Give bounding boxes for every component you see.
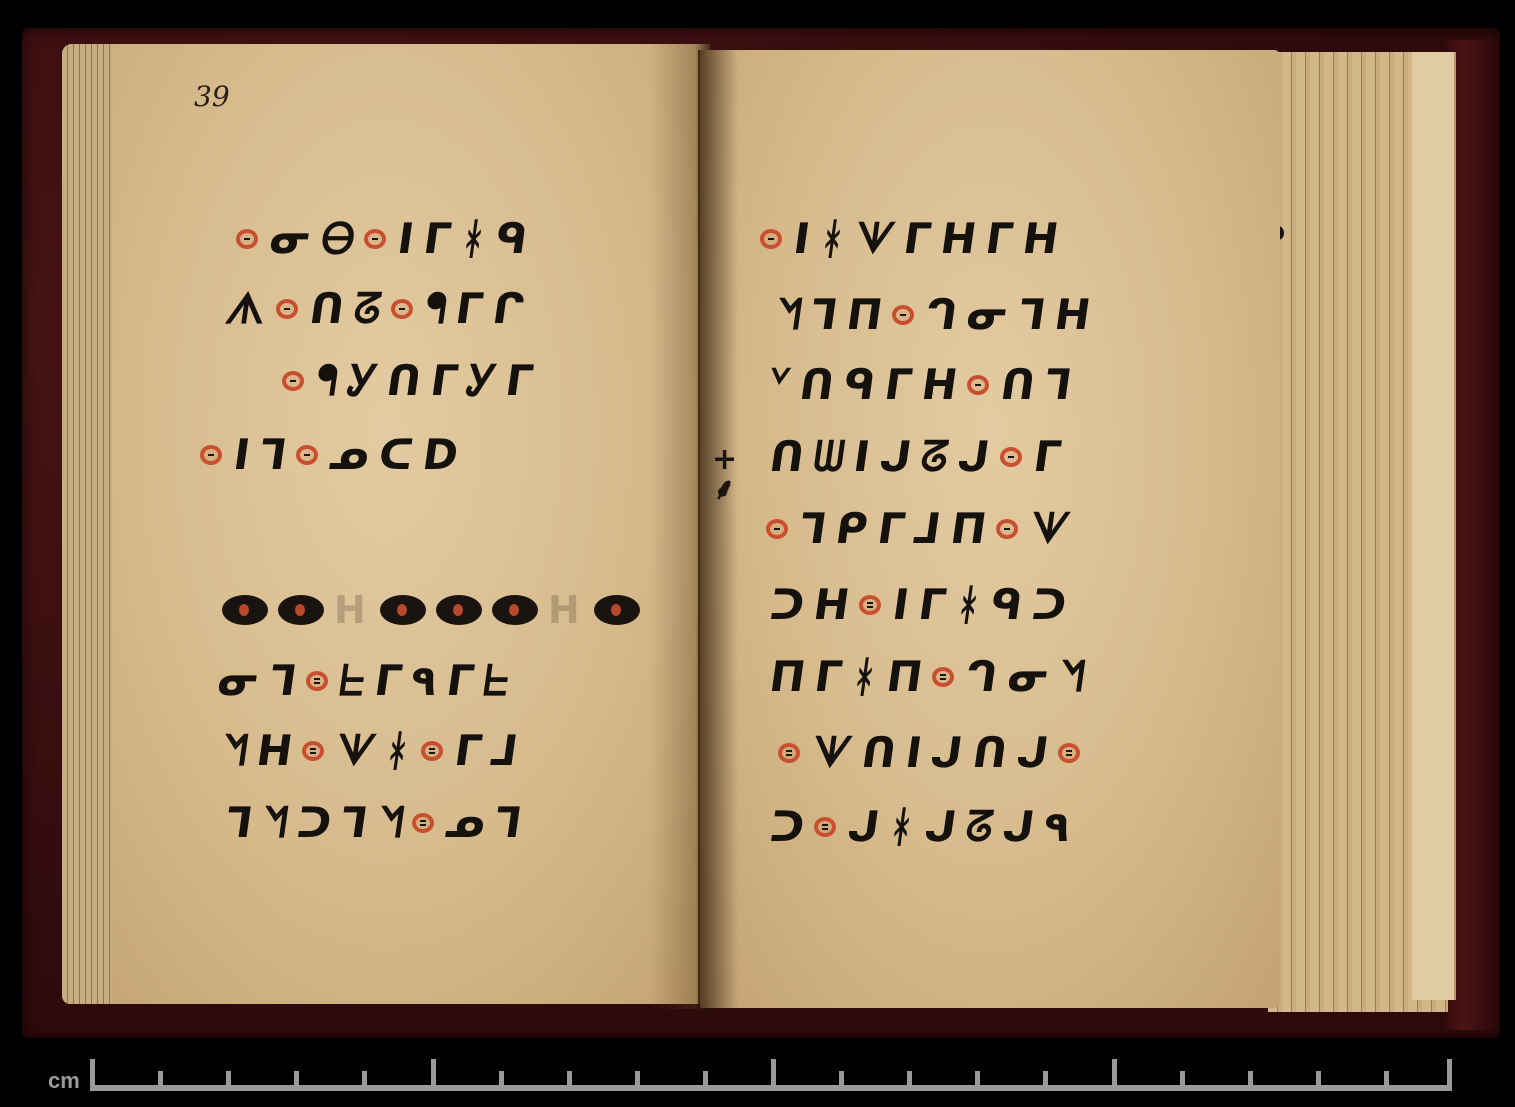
script-glyph: ꓲ [395,218,417,260]
script-glyph: ᑕ [376,434,416,476]
script-glyph: Ꭹ [465,360,500,402]
scale-minor-tick [362,1071,367,1087]
script-glyph: ᕼ [938,218,979,260]
script-glyph: Ꭹ [345,360,380,402]
faded-glyph: ᕼ [548,588,580,632]
script-glyph: Γ [916,584,949,626]
left-page [62,44,710,1004]
script-glyph: ᗐ [809,732,854,774]
script-glyph: Γ [372,660,405,702]
script-glyph: ᒉ [963,656,1000,698]
script-glyph: ᒧ [488,730,520,772]
rubric-double-ring-icon [778,743,800,763]
script-glyph: ᓄ [327,434,372,476]
scale-minor-tick [499,1071,504,1087]
script-glyph: ᒋ [490,288,527,330]
script-glyph: Π [767,656,808,698]
script-glyph: ᘁ [765,364,793,406]
script-glyph: ᑎ [998,364,1038,406]
rubric-ring-icon [391,299,413,319]
right-text-line: ΠΓᚼΠᒉᓂᖿ [770,656,1094,698]
script-glyph: ꓲ [791,218,813,260]
script-glyph: ᖿ [375,802,406,844]
script-glyph: ᑐ [1029,584,1069,626]
script-glyph: ᗑ [223,288,268,330]
right-text-line: ᑎᗯꓲᒍᘔᒍΓ [770,436,1070,478]
script-glyph: ᑎ [859,732,899,774]
script-glyph: ᖶ [481,660,512,702]
left-text-line: ᓂᒣᖶΓ٩Γᖶ [218,660,519,702]
left-text-line: ᖿᕼᗐᚼΓᒧ [222,730,528,772]
left-text-line: ꓲᒣᓄᑕD [200,434,468,476]
scale-unit-label: cm [48,1068,80,1094]
script-glyph: ᓂ [1005,656,1052,698]
script-glyph: ᑐ [294,802,334,844]
script-glyph: ᗐ [333,730,378,772]
script-glyph: Γ [421,218,454,260]
left-page-stack [62,44,112,1004]
script-glyph: ᒣ [267,660,299,702]
script-glyph: ᒣ [257,434,289,476]
scale-major-tick [1447,1059,1452,1087]
script-glyph: ᑎ [384,360,424,402]
script-glyph: ᑫ [988,584,1025,626]
script-glyph: ᑎ [767,436,807,478]
rubric-double-ring-icon [859,595,881,615]
script-glyph: ᒣ [797,508,829,550]
script-glyph: ꓲ [851,436,873,478]
scale-minor-tick [1043,1071,1048,1087]
script-glyph: ᓂ [964,294,1011,336]
scale-minor-tick [635,1071,640,1087]
script-glyph: ᒣ [808,294,840,336]
ink-blot-icon [492,595,538,625]
scale-minor-tick [226,1071,231,1087]
scale-major-tick [431,1059,436,1087]
scale-major-tick [90,1059,95,1087]
script-glyph: ᒣ [1016,294,1048,336]
script-glyph: ᒣ [1042,364,1074,406]
left-text-line: ᖳᎩᑎΓᎩΓ [282,360,543,402]
script-glyph: Γ [882,364,915,406]
script-glyph: ꓲ [231,434,253,476]
script-glyph: ᒍ [922,806,959,848]
script-glyph: ᚼ [849,656,880,698]
script-glyph: Π [948,508,989,550]
script-glyph: ᗐ [1027,508,1072,550]
scale-minor-tick [907,1071,912,1087]
script-glyph: ᒍ [928,732,965,774]
scale-major-tick [1112,1059,1117,1087]
script-glyph: Γ [812,656,845,698]
script-glyph: ᑎ [307,288,347,330]
script-glyph: ᚼ [817,218,848,260]
script-glyph: ᚼ [887,806,918,848]
rubric-ring-icon [892,305,914,325]
script-glyph: ᖿ [1056,656,1087,698]
script-glyph: ᓂ [215,660,262,702]
faded-glyph: ᕼ [334,588,366,632]
scale-minor-tick [158,1071,163,1087]
script-glyph: Γ [454,288,487,330]
script-glyph: ᘔ [918,436,951,478]
script-glyph: ᖳ [313,360,341,402]
rubric-ring-icon [996,519,1018,539]
script-glyph: ᚼ [953,584,984,626]
rubric-double-ring-icon [932,667,954,687]
script-glyph: ᑎ [797,364,837,406]
script-glyph: ᖶ [337,660,368,702]
ink-blot-icon [594,595,640,625]
script-glyph: ᓄ [443,802,488,844]
script-glyph: ᓂ [267,218,314,260]
script-glyph: ᚼ [458,218,489,260]
script-glyph: Γ [452,730,485,772]
script-glyph: Γ [983,218,1016,260]
script-glyph: ᗐ [852,218,897,260]
left-text-line: ᗑᑎᘔᖳΓᒋ [226,288,534,330]
script-glyph: ᖿ [219,730,250,772]
endleaf [1412,52,1456,1000]
script-glyph: Γ [503,360,536,402]
margin-mark: + ⸙ [712,445,736,505]
ink-blot-icon [436,595,482,625]
ink-blot-icon [380,595,426,625]
rubric-ring-icon [766,519,788,539]
script-glyph: Π [884,656,925,698]
script-glyph: ᖳ [422,288,450,330]
script-glyph: Γ [875,508,908,550]
scale-minor-tick [1248,1071,1253,1087]
script-glyph: ᑫ [841,364,878,406]
script-glyph: ᕼ [1020,218,1061,260]
left-text-line: ᕼᕼ [222,588,650,632]
script-glyph: Ꮎ [319,218,358,260]
ink-blot-icon [278,595,324,625]
script-glyph: ᒣ [223,802,255,844]
script-glyph: ᒣ [338,802,370,844]
script-glyph: ᖿ [259,802,290,844]
script-glyph: Γ [444,660,477,702]
script-glyph: Γ [1031,436,1064,478]
script-glyph: ᕼ [919,364,960,406]
right-text-line: ᒣᑭΓᒧΠᗐ [766,508,1079,550]
script-glyph: ᕼ [811,584,852,626]
script-glyph: Γ [901,218,934,260]
scale-minor-tick [1384,1071,1389,1087]
rubric-double-ring-icon [1058,743,1080,763]
rubric-ring-icon [364,229,386,249]
script-glyph: ᒍ [956,436,993,478]
rubric-double-ring-icon [306,671,328,691]
gutter-shadow-right [698,50,738,1010]
rubric-double-ring-icon [421,741,443,761]
script-glyph: ٩ [409,660,441,702]
page-number: 39 [194,80,230,113]
script-glyph: ᒧ [911,508,943,550]
script-glyph: ᑐ [767,584,807,626]
script-glyph: ᑫ [493,218,530,260]
script-glyph: Π [844,294,885,336]
rubric-ring-icon [276,299,298,319]
script-glyph: ꓲ [903,732,925,774]
rubric-ring-icon [200,445,222,465]
script-glyph: ᒉ [923,294,960,336]
scale-major-tick [771,1059,776,1087]
right-text-line: ᗐᑎꓲᒍᑎᒍ [778,732,1092,774]
script-glyph: ᘔ [963,806,996,848]
scale-minor-tick [1180,1071,1185,1087]
script-glyph: ٩ [1041,806,1073,848]
scale-minor-tick [567,1071,572,1087]
rubric-double-ring-icon [302,741,324,761]
script-glyph: ᘔ [351,288,384,330]
script-glyph: ᕼ [1052,294,1093,336]
ink-blot-icon [222,595,268,625]
script-glyph: ᑐ [767,806,807,848]
script-glyph: ᒍ [877,436,914,478]
left-text-line: ᓂᎾꓲΓᚼᑫ [236,218,537,260]
script-glyph: ᒍ [1014,732,1051,774]
scale-minor-tick [1316,1071,1321,1087]
script-glyph: D [420,434,461,476]
rubric-ring-icon [1000,447,1022,467]
rubric-double-ring-icon [412,813,434,833]
script-glyph: ᖿ [773,294,804,336]
script-glyph: ᒣ [492,802,524,844]
script-glyph: ᗯ [811,436,847,478]
right-text-line: ᘁᑎᑫΓᕼᑎᒣ [768,364,1082,406]
script-glyph: ᒍ [1000,806,1037,848]
rubric-ring-icon [760,229,782,249]
scale-minor-tick [703,1071,708,1087]
script-glyph: ᕼ [254,730,295,772]
rubric-double-ring-icon [814,817,836,837]
script-glyph: ᑎ [970,732,1010,774]
rubric-ring-icon [967,375,989,395]
script-glyph: ᑭ [833,508,870,550]
left-text-line: ᒣᖿᑐᒣᖿᓄᒣ [226,802,532,844]
right-text-line: ꓲᚼᗐΓᕼΓᕼ [760,218,1068,260]
script-glyph: ᒍ [845,806,882,848]
scale-minor-tick [839,1071,844,1087]
scale-minor-tick [975,1071,980,1087]
right-text-line: ᖿᒣΠᒉᓂᒣᕼ [776,294,1100,336]
right-text-line: ᑐᒍᚼᒍᘔᒍ٩ [770,806,1080,848]
script-glyph: ꓲ [890,584,912,626]
scale-minor-tick [294,1071,299,1087]
rubric-ring-icon [236,229,258,249]
script-glyph: Γ [428,360,461,402]
rubric-ring-icon [296,445,318,465]
rubric-ring-icon [282,371,304,391]
script-glyph: ᚼ [382,730,413,772]
right-text-line: ᑐᕼꓲΓᚼᑫᑐ [770,584,1076,626]
